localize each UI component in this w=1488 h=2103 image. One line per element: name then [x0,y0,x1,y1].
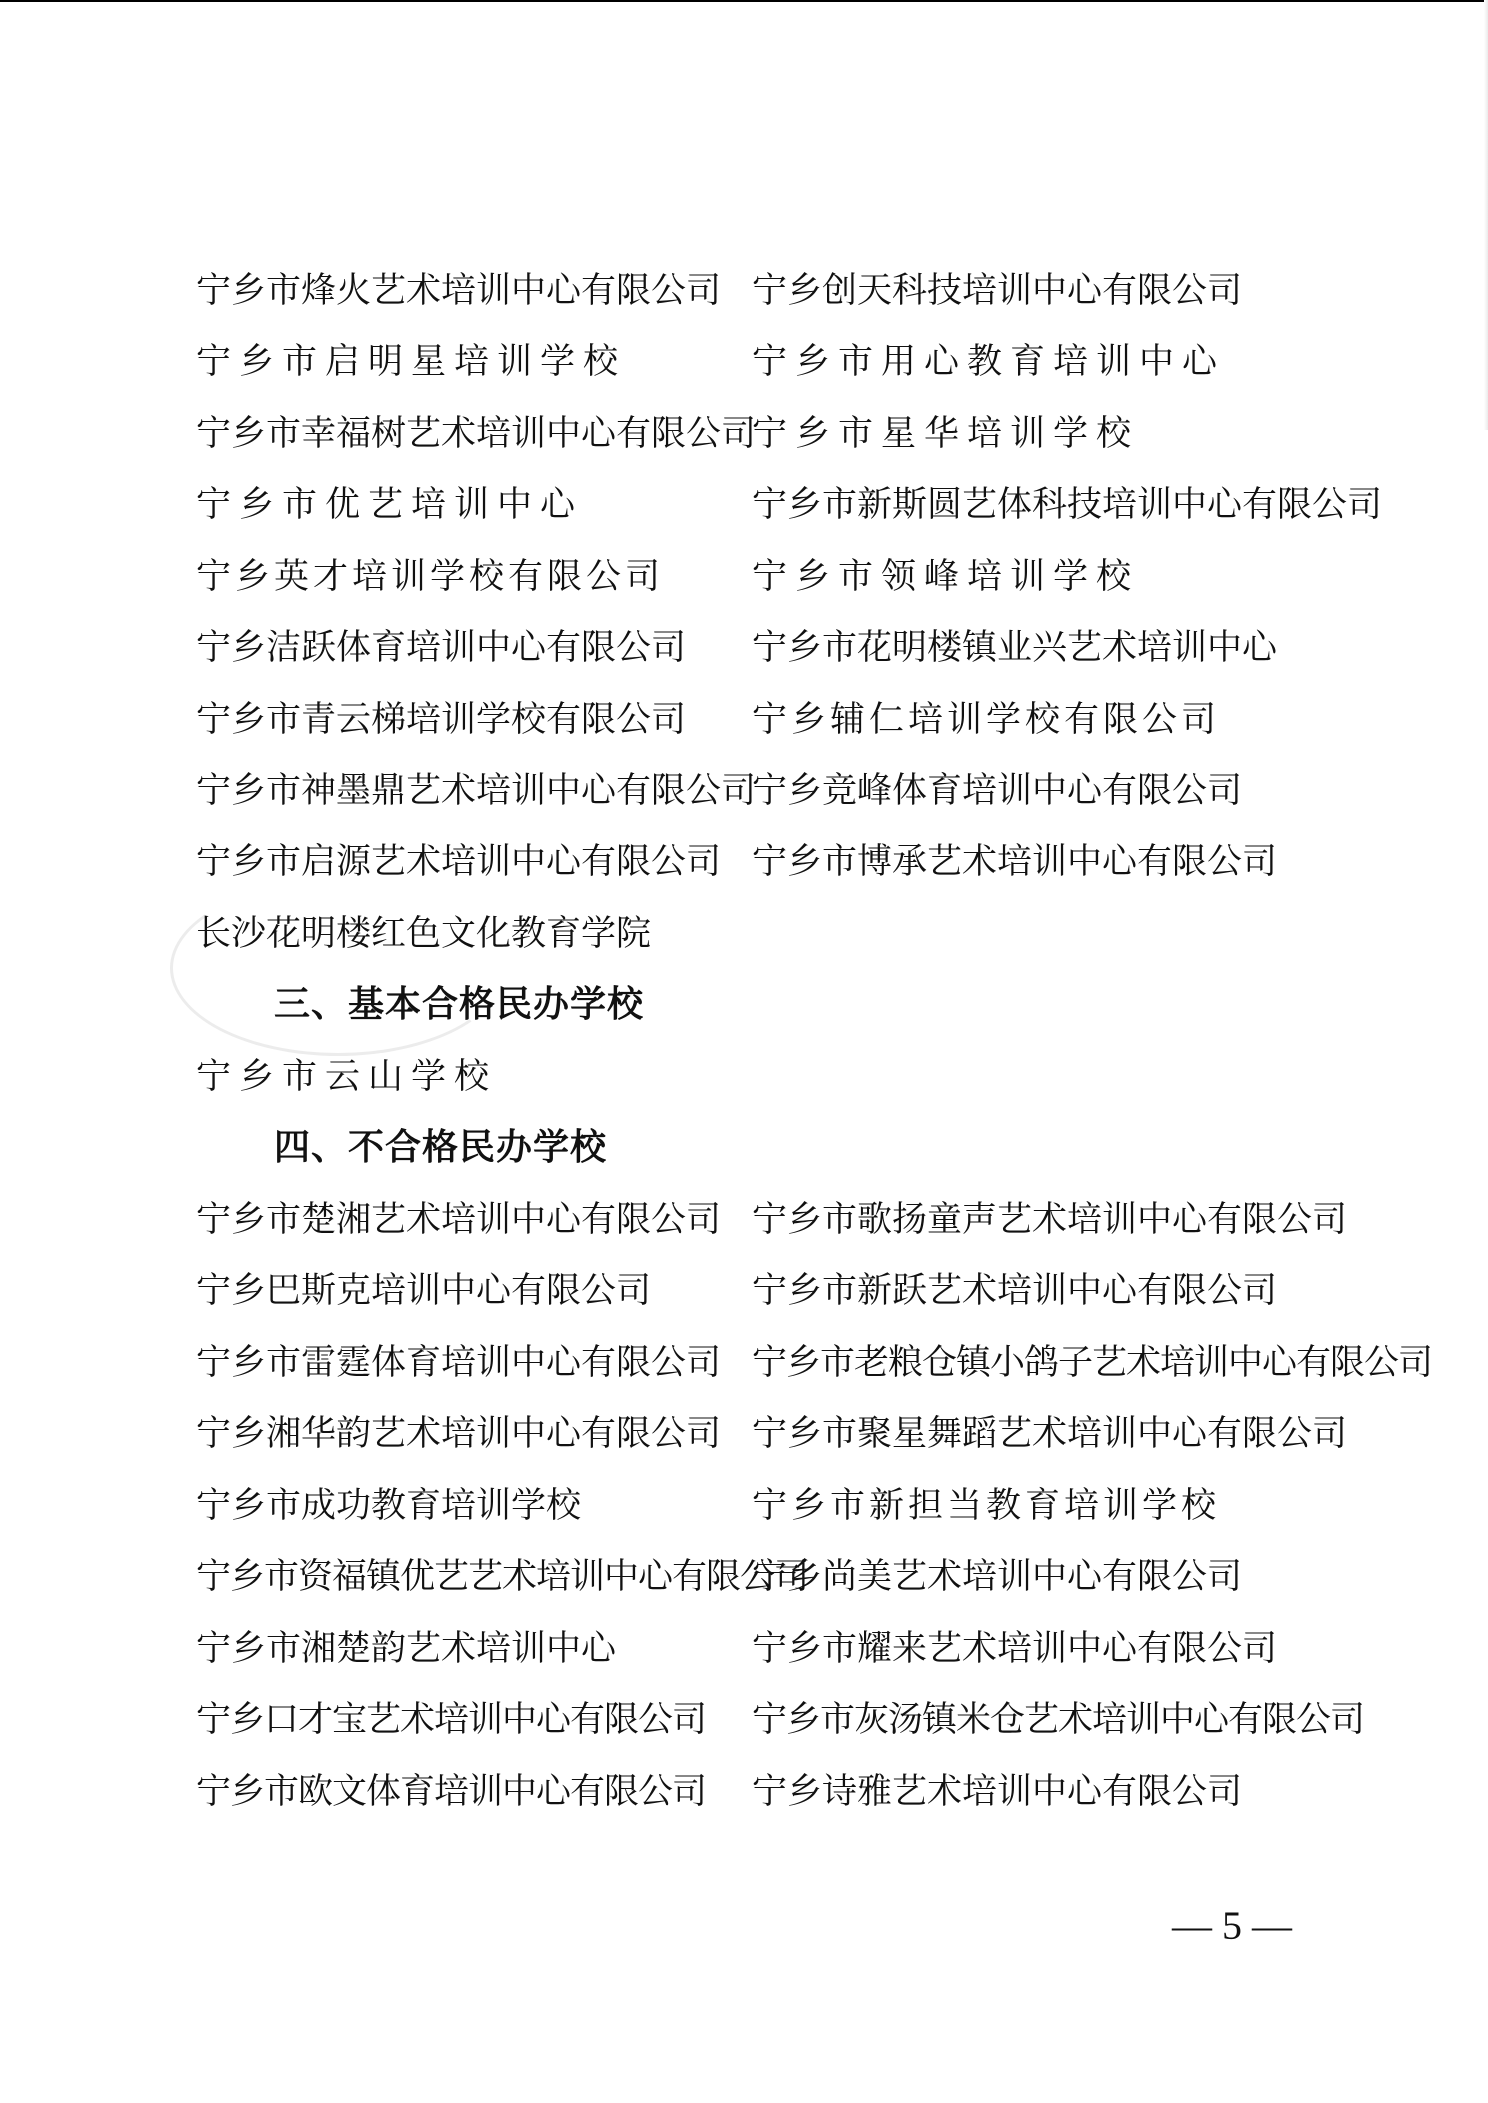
list-item: 长沙花明楼红色文化教育学院 [196,912,651,956]
scan-edge-shadow [1484,0,1488,430]
faded-seal-stamp [170,880,506,1056]
section-3-heading: 三、基本合格民办学校 [274,982,644,1028]
list-item: 宁乡市烽火艺术培训中心有限公司 [196,269,721,313]
list-item: 宁乡市星华培训学校 [752,412,1139,456]
list-item: 宁乡市启明星培训学校 [196,340,626,384]
list-item: 宁乡口才宝艺术培训中心有限公司 [196,1698,706,1742]
list-item: 宁乡市歌扬童声艺术培训中心有限公司 [752,1198,1347,1242]
list-item: 宁乡市神墨鼎艺术培训中心有限公司 [196,769,756,813]
list-item: 宁乡市启源艺术培训中心有限公司 [196,840,721,884]
list-item: 宁乡市楚湘艺术培训中心有限公司 [196,1198,721,1242]
list-item: 宁乡市老粮仓镇小鸽子艺术培训中心有限公司 [752,1341,1432,1385]
list-item: 宁乡市云山学校 [196,1055,497,1099]
list-item: 宁乡市领峰培训学校 [752,555,1139,599]
list-item: 宁乡市耀来艺术培训中心有限公司 [752,1627,1277,1671]
list-item: 宁乡市幸福树艺术培训中心有限公司 [196,412,756,456]
list-item: 宁乡洁跃体育培训中心有限公司 [196,626,686,670]
list-item: 宁乡市青云梯培训学校有限公司 [196,698,686,742]
list-item: 宁乡市雷霆体育培训中心有限公司 [196,1341,721,1385]
list-item: 宁乡辅仁培训学校有限公司 [752,698,1220,742]
list-item: 宁乡市湘楚韵艺术培训中心 [196,1627,616,1671]
section-4-heading: 四、不合格民办学校 [274,1125,607,1171]
list-item: 宁乡市欧文体育培训中心有限公司 [196,1770,706,1814]
list-item: 宁乡市新跃艺术培训中心有限公司 [752,1269,1277,1313]
list-item: 宁乡市聚星舞蹈艺术培训中心有限公司 [752,1412,1347,1456]
list-item: 宁乡英才培训学校有限公司 [196,555,664,599]
list-item: 宁乡尚美艺术培训中心有限公司 [752,1555,1242,1599]
list-item: 宁乡市花明楼镇业兴艺术培训中心 [752,626,1277,670]
list-item: 宁乡市新担当教育培训学校 [752,1484,1220,1528]
list-item: 宁乡竞峰体育培训中心有限公司 [752,769,1242,813]
list-item: 宁乡市博承艺术培训中心有限公司 [752,840,1277,884]
list-item: 宁乡市优艺培训中心 [196,483,583,527]
page-number: — 5 — [1172,1903,1292,1949]
list-item: 宁乡市新斯圆艺体科技培训中心有限公司 [752,483,1382,527]
page-top-border [0,0,1488,2]
list-item: 宁乡市用心教育培训中心 [752,340,1225,384]
list-item: 宁乡诗雅艺术培训中心有限公司 [752,1770,1242,1814]
list-item: 宁乡市灰汤镇米仓艺术培训中心有限公司 [752,1698,1364,1742]
list-item: 宁乡巴斯克培训中心有限公司 [196,1269,651,1313]
list-item: 宁乡市成功教育培训学校 [196,1484,581,1528]
list-item: 宁乡创天科技培训中心有限公司 [752,269,1242,313]
list-item: 宁乡湘华韵艺术培训中心有限公司 [196,1412,721,1456]
list-item: 宁乡市资福镇优艺艺术培训中心有限公司 [196,1555,808,1599]
